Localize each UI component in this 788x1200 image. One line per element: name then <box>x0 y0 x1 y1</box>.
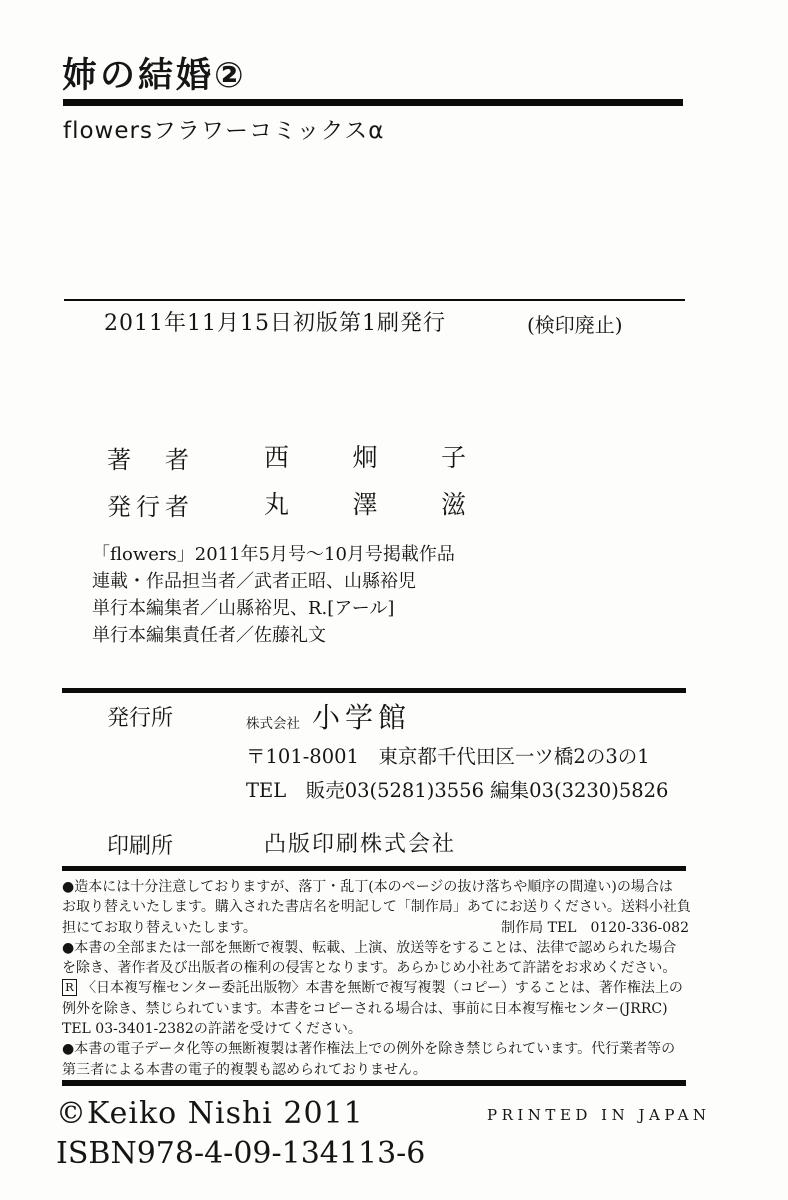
divider-thick-bottom <box>62 1080 686 1086</box>
edition-date: 2011年11月15日初版第1刷発行 <box>104 306 446 337</box>
publisher-company-name: 小学館 <box>312 696 411 736</box>
notices-block: ●造本には十分注意しておりますが、落丁・乱丁(本のページの抜け落ちや順序の間違い… <box>62 877 689 1080</box>
author-name: 西炯子 <box>264 438 466 474</box>
boxed-r-icon: R <box>62 979 77 996</box>
credits-line-chief-editor: 単行本編集責任者／佐藤礼文 <box>92 622 455 649</box>
credits-line-serial-editors: 連載・作品担当者／武者正昭、山縣裕児 <box>92 568 455 595</box>
notice-line-3: 担にてお取り替えいたします。 制作局 TEL 0120-336-082 <box>62 918 689 938</box>
publisher-label: 発行所 <box>107 701 177 732</box>
publisher-company-prefix: 株式会社 <box>246 712 300 732</box>
notice-line-5: を除き、著作者及び出版者の権利の侵害となります。あらかじめ小社あて許諾をお求めく… <box>62 958 689 978</box>
notice-line-3-left: 担にてお取り替えいたします。 <box>62 918 257 938</box>
printer-label: 印刷所 <box>107 829 177 860</box>
notice-line-6: R〈日本複写権センター委託出版物〉本書を無断で複写複製（コピー）することは、著作… <box>62 978 689 998</box>
title-underline <box>63 99 683 106</box>
author-label: 著者 <box>107 440 189 475</box>
credits-line-magazine: 「flowers」2011年5月号〜10月号掲載作品 <box>92 541 455 568</box>
printer-name: 凸版印刷株式会社 <box>264 827 456 858</box>
notice-line-1: ●造本には十分注意しておりますが、落丁・乱丁(本のページの抜け落ちや順序の間違い… <box>62 877 689 897</box>
issuer-name: 丸澤滋 <box>264 485 466 521</box>
notice-line-3-right: 制作局 TEL 0120-336-082 <box>501 918 689 938</box>
colophon-page: 姉の結婚② flowersフラワーコミックスα 2011年11月15日初版第1刷… <box>0 0 788 1200</box>
publisher-address: 〒101-8001 東京都千代田区一ツ橋2の3の1 <box>246 741 650 769</box>
credits-line-volume-editors: 単行本編集者／山縣裕児、R.[アール] <box>92 595 455 622</box>
publisher-tel: TEL 販売03(5281)3556 編集03(3230)5826 <box>246 775 668 803</box>
edition-note: (検印廃止) <box>527 309 623 338</box>
divider-thin <box>64 299 685 301</box>
notice-line-2: お取り替えいたします。購入された書店名を明記して「制作局」あてにお送りください。… <box>62 897 689 917</box>
notice-line-6-text: 〈日本複写権センター委託出版物〉本書を無断で複写複製（コピー）することは、著作権… <box>82 980 683 996</box>
printed-in-japan: PRINTED IN JAPAN <box>487 1106 711 1124</box>
notice-line-8: TEL 03-3401-2382の許諾を受けてください。 <box>62 1019 689 1039</box>
notice-line-9: ●本書の電子データ化等の無断複製は著作権法上での例外を除き禁じられています。代行… <box>62 1039 689 1059</box>
notice-line-4: ●本書の全部または一部を無断で複製、転載、上演、放送等をすることは、法律で認めら… <box>62 938 689 958</box>
page-title: 姉の結婚② <box>62 48 247 98</box>
series-label: flowersフラワーコミックスα <box>63 112 384 145</box>
issuer-label: 発行者 <box>107 487 189 522</box>
credits-block: 「flowers」2011年5月号〜10月号掲載作品 連載・作品担当者／武者正昭… <box>92 541 455 649</box>
notice-line-10: 第三者による本書の電子的複製も認められておりません。 <box>62 1060 689 1080</box>
isbn-text: ISBN978-4-09-134113-6 <box>56 1136 425 1171</box>
notice-line-7: 例外を除き、禁じられています。本書をコピーされる場合は、事前に日本複写権センター… <box>62 999 689 1019</box>
divider-thick-middle <box>62 866 686 871</box>
divider-thick-top <box>62 688 686 693</box>
copyright-text: ©Keiko Nishi 2011 <box>56 1096 364 1131</box>
